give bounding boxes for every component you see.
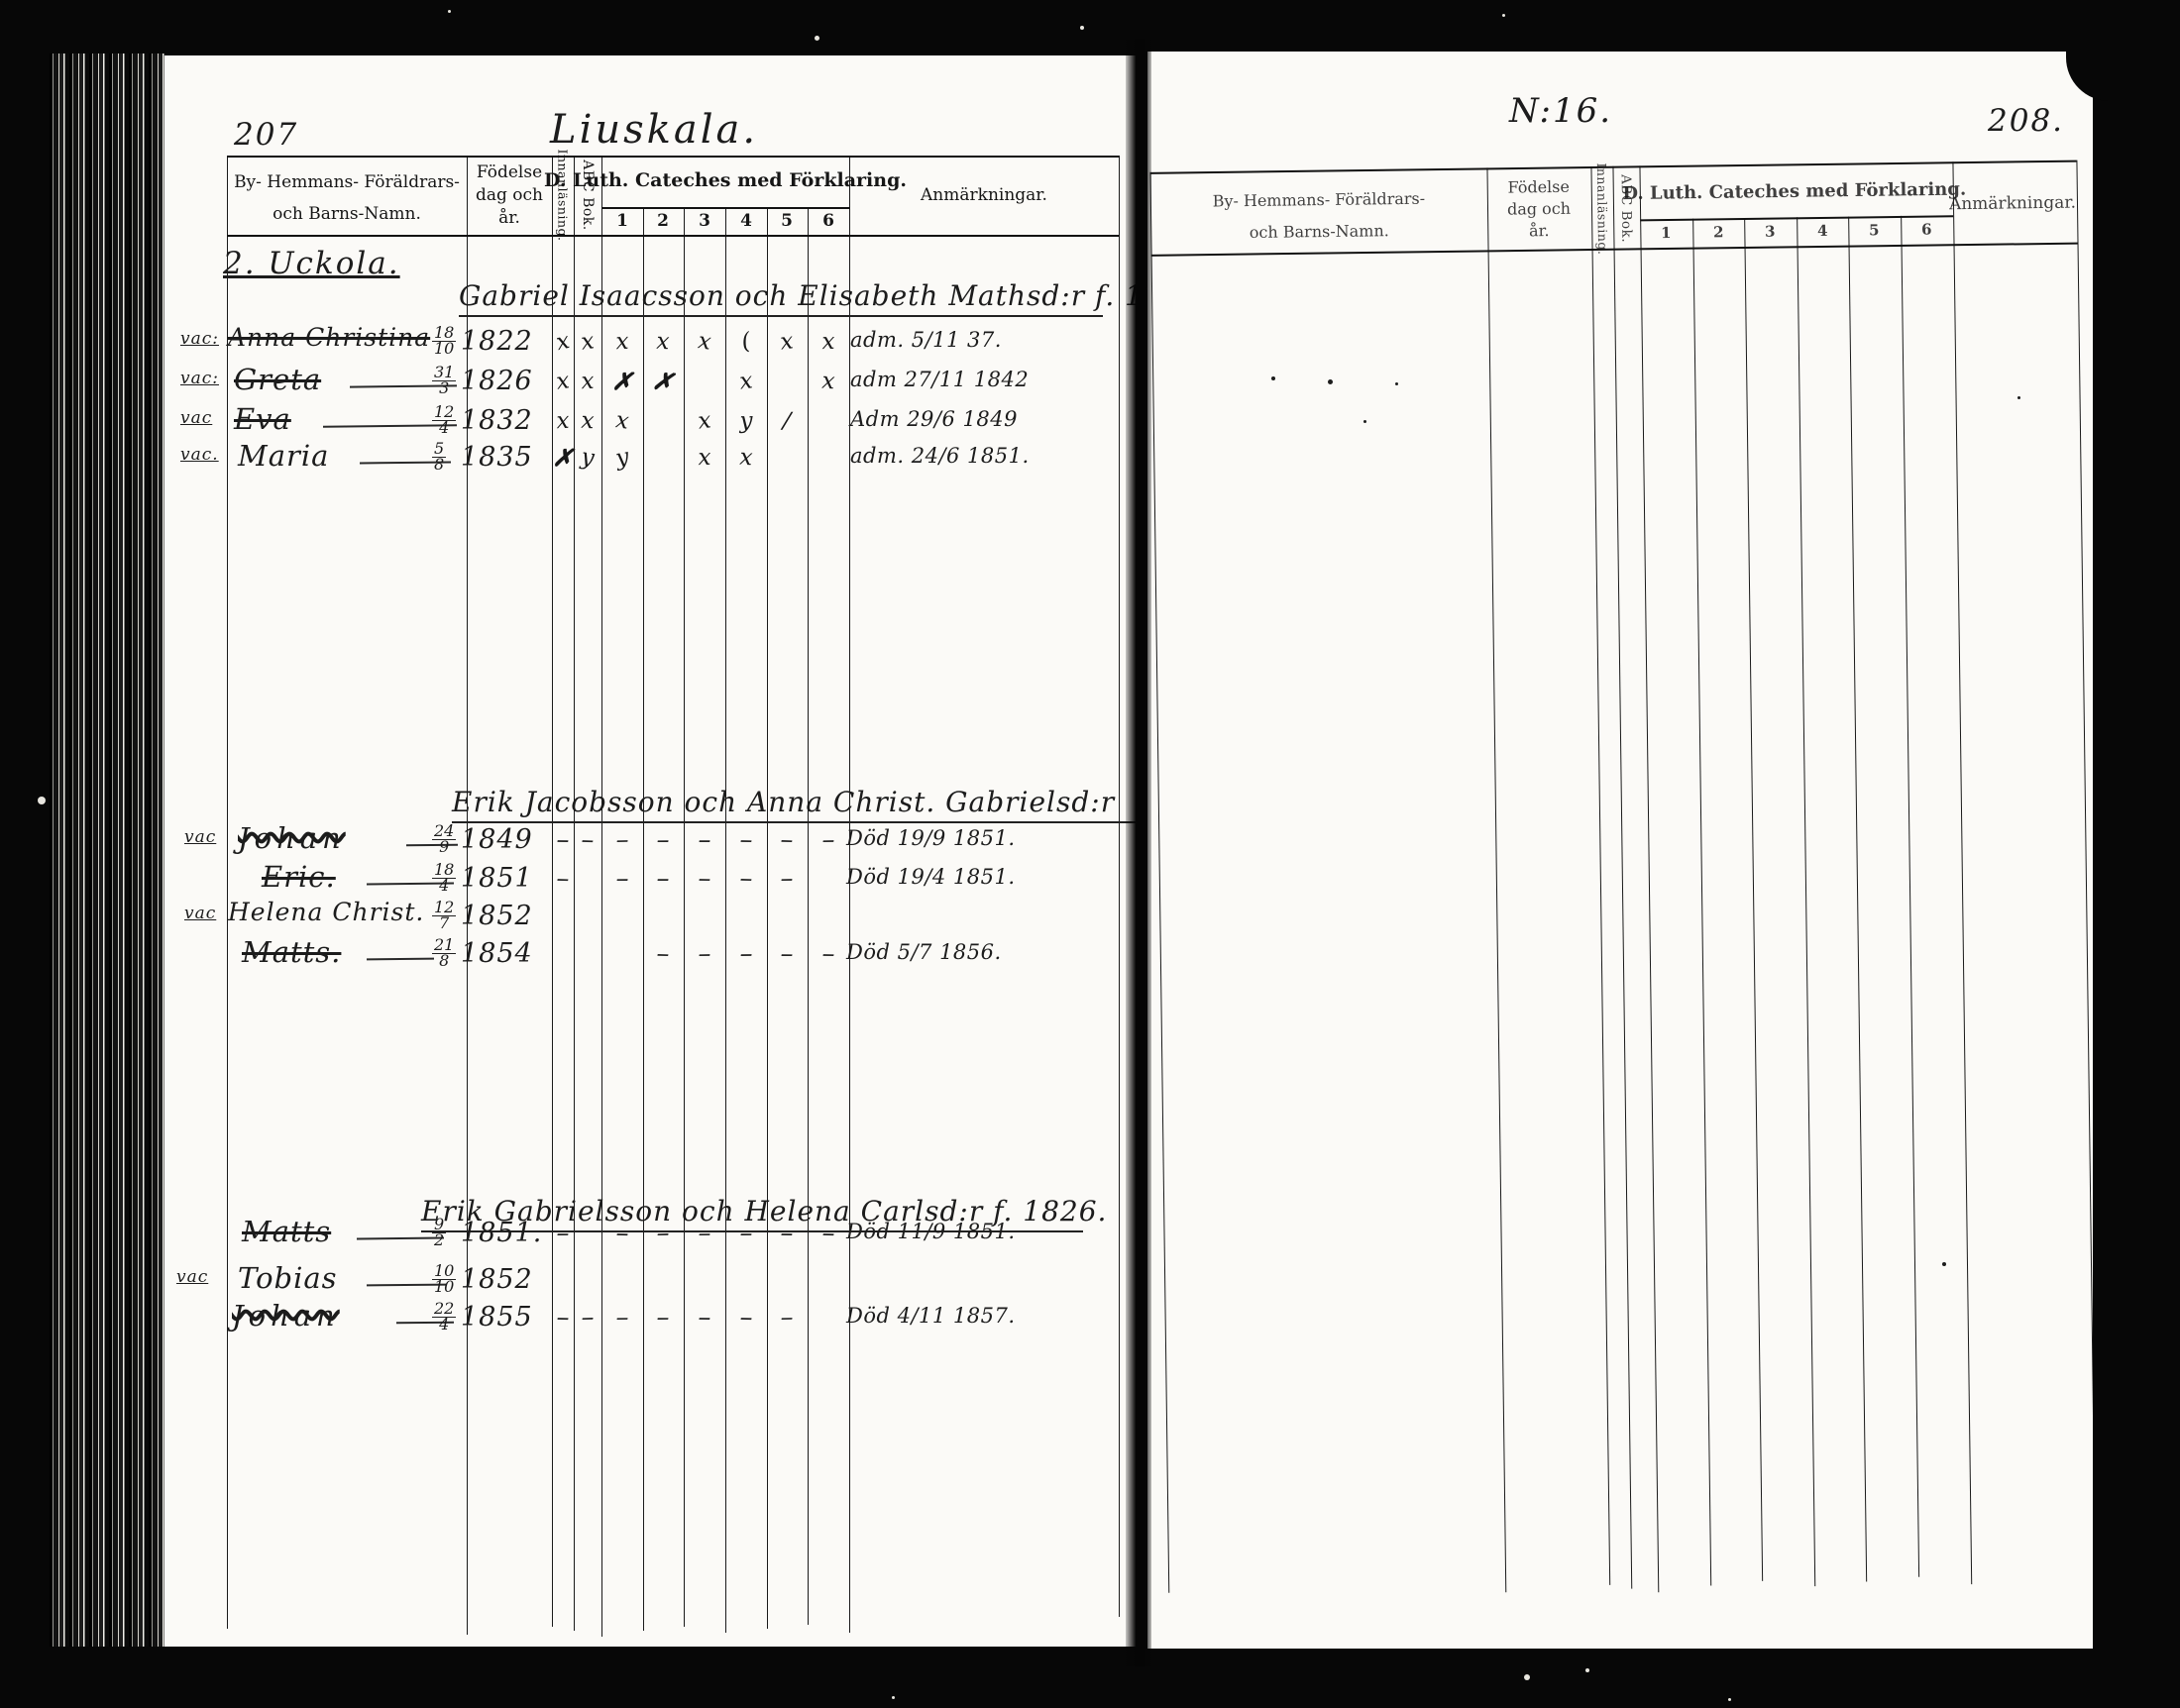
catechism-mark: y [739,408,752,434]
catechism-mark: x [615,329,629,355]
grid-hline [601,207,849,209]
cateches-number: 5 [1869,221,1880,239]
scan-speck [815,36,819,41]
ink-speck [2017,396,2020,399]
cateches-number: 5 [781,211,793,231]
catechism-mark: ✗ [651,366,676,397]
grid-vline [574,156,575,1631]
no-mark-dash: – [780,939,793,969]
scan-speck [448,10,451,13]
birth-month: 4 [439,421,449,435]
no-mark-dash: – [739,1219,752,1248]
remark: adm 27/11 1842 [850,368,1029,391]
grid-vline [1590,166,1610,1585]
section-heading: 2. Uckola. [223,246,400,281]
scan-speck [1524,1674,1530,1680]
remark: adm. 24/6 1851. [850,444,1030,468]
ink-speck [1942,1262,1946,1266]
no-mark-dash: – [821,825,835,855]
birth-month: 7 [439,916,449,930]
no-mark-dash: – [615,864,628,894]
birth-month: 10 [434,342,454,356]
catechism-mark: x [697,407,712,434]
child-name: Tobias [238,1261,338,1295]
no-mark-dash: – [780,1303,794,1333]
remark: Död 11/9 1851. [846,1220,1016,1243]
no-mark-dash: – [615,825,629,855]
column-header-reading: Innanläsning. [1594,162,1610,255]
ink-speck [1395,382,1398,385]
no-mark-dash: – [656,825,669,855]
grid-vline [1797,217,1815,1586]
birth-month: 9 [439,840,449,854]
birth-date-fraction: 58 [432,442,446,472]
cateches-number: 1 [1661,224,1672,242]
birth-year: 1852 [461,1264,533,1295]
table-grid-right [1127,39,2096,52]
scan-speck [1728,1698,1731,1701]
catechism-mark: x [554,328,572,356]
child-name: Johan [238,821,346,855]
no-mark-dash: – [780,825,794,855]
birth-year: 1849 [461,824,533,855]
birth-year: 1851. [461,1218,542,1248]
catechism-mark: x [821,369,836,395]
right-page: N:16. 208. By- Hemmans- Föräldrars- och … [1147,52,2117,1649]
birth-month: 8 [439,954,449,968]
column-header-birth: Födelse [1507,177,1570,197]
birth-year: 1851 [461,863,533,894]
catechism-mark: x [581,369,595,394]
child-name: Eva [234,402,291,436]
grid-vline [767,207,768,1629]
column-header-birth-2: dag och [476,185,543,205]
no-mark-dash: – [698,939,711,969]
catechism-mark: y [580,444,596,472]
grid-vline [1744,218,1763,1581]
remark: Adm 29/6 1849 [850,407,1018,431]
column-header-names-2: och Barns-Namn. [272,204,421,224]
family-parents-text: Gabriel Isaacsson och Elisabeth Mathsd:r… [459,279,1209,312]
scanned-book-spread: 207 Liuskala. By- Hemmans- Föräldrars- o… [0,0,2180,1708]
no-mark-dash: – [698,1303,710,1333]
birth-year: 1855 [461,1302,533,1333]
cateches-number: 3 [1765,223,1776,241]
column-header-cateches: D. Luth. Cateches med Förklaring. [544,169,907,191]
grid-vline [1149,172,1169,1593]
grid-vline [1692,219,1711,1586]
family-parents-text: Erik Jacobsson och Anna Christ. Gabriels… [452,786,1115,818]
scan-speck [38,797,46,804]
no-mark-dash: – [821,1219,835,1248]
birth-date-fraction: 124 [432,405,456,435]
no-mark-dash: – [656,864,669,894]
column-header-names-2: och Barns-Namn. [1250,221,1389,242]
catechism-mark: x [698,445,710,471]
no-mark-dash: – [581,825,595,855]
grid-vline [1952,161,1972,1584]
column-header-names: By- Hemmans- Föräldrars- [234,172,460,192]
grid-hline [227,235,1119,237]
grid-vline [1639,165,1659,1592]
column-header-birth-2: dag och [1507,199,1571,219]
no-mark-dash: – [581,1303,595,1333]
page-gutter [1126,40,1151,1666]
book-edge [50,53,164,1647]
scan-speck [1080,26,1084,30]
cateches-number-row: 123456 [1127,39,2096,52]
child-name: Johan [232,1299,340,1333]
column-header-reading: Innanläsning. [556,150,571,242]
grid-vline [1901,216,1919,1577]
birth-date-fraction: 313 [432,366,456,395]
no-mark-dash: – [739,864,753,894]
name-fill-line [357,1237,444,1240]
child-name: Maria [238,439,329,473]
birth-date-fraction: 1810 [432,326,456,356]
birth-month: 3 [439,381,449,395]
child-name: Greta [234,363,321,396]
grid-vline [808,207,809,1625]
remark: Död 4/11 1857. [846,1304,1016,1328]
birth-year: 1852 [461,901,533,931]
no-mark-dash: – [780,1219,793,1248]
birth-date-fraction: 127 [432,901,456,930]
name-fill-line [367,958,434,961]
birth-month: 8 [434,458,444,472]
margin-note: vac: [180,369,219,388]
no-mark-dash: – [698,825,710,855]
grid-vline [684,207,685,1627]
grid-vline [601,156,602,1637]
birth-year: 1835 [461,442,533,473]
cateches-number: 1 [616,211,628,231]
cateches-number: 4 [1817,222,1828,240]
right-page-edge-shadow [2093,0,2180,1708]
corner-shadow [2066,36,2180,101]
catechism-mark: x [739,445,754,472]
cateches-number: 3 [699,211,710,231]
left-page: 207 Liuskala. By- Hemmans- Föräldrars- o… [67,55,1138,1647]
no-mark-dash: – [615,1219,629,1248]
no-mark-dash: – [656,1219,670,1248]
child-name: Eric. [262,860,336,894]
ink-speck [1271,376,1275,380]
birth-date-fraction: 184 [432,863,456,893]
catechism-mark: x [656,329,670,356]
column-header-remarks: Anmärkningar. [921,185,1047,205]
no-mark-dash: – [656,1303,669,1333]
grid-vline [725,207,726,1633]
cateches-number: 4 [740,211,752,231]
catechism-mark: x [555,368,571,394]
catechism-mark: ✗ [552,443,574,473]
child-name: Matts. [242,935,341,969]
no-mark-dash: – [698,1219,710,1248]
grid-vline [1119,156,1120,1617]
no-mark-dash: – [821,939,835,969]
birth-month: 4 [439,879,449,893]
remark: Död 5/7 1856. [846,940,1002,964]
grid-vline [643,207,644,1631]
catechism-mark: ( [739,328,753,355]
catechism-mark: y [613,444,631,472]
birth-year: 1826 [461,366,533,396]
no-mark-dash: – [556,1303,570,1333]
birth-month: 4 [439,1318,449,1332]
birth-date-fraction: 1010 [432,1264,456,1294]
grid-vline [552,156,553,1627]
no-mark-dash: – [615,1303,628,1333]
catechism-mark: x [581,408,595,435]
cateches-number: 6 [822,211,834,231]
catechism-mark: x [738,368,754,394]
parish-title: Liuskala. [550,107,758,153]
catechism-mark: x [614,407,630,435]
birth-month: 2 [434,1233,444,1247]
no-mark-dash: – [780,864,794,894]
margin-note: vac. [180,445,219,465]
grid-vline [1848,217,1867,1582]
no-mark-dash: – [739,939,752,969]
scan-speck [1502,14,1505,17]
grid-vline [1486,167,1506,1592]
no-mark-dash: – [556,825,569,855]
birth-year: 1854 [461,938,533,969]
column-header-remarks: Anmärkningar. [1949,193,2076,215]
no-mark-dash: – [739,825,752,855]
ink-speck [1363,420,1366,423]
cateches-number: 2 [657,211,669,231]
catechism-mark: x [580,328,596,355]
family-header: Gabriel Isaacsson och Elisabeth Mathsd:r… [459,279,1103,317]
birth-date-fraction: 224 [432,1302,456,1332]
catechism-mark: x [556,408,570,434]
record-table-right: By- Hemmans- Föräldrars- och Barns-Namn.… [1127,39,2117,1649]
birth-date-fraction: 218 [432,938,456,968]
grid-vline [1612,166,1632,1589]
birth-year: 1832 [461,405,533,436]
scan-speck [1585,1668,1589,1672]
margin-note: vac [180,408,212,428]
margin-note: vac [184,904,216,923]
child-name: Matts [242,1215,331,1248]
catechism-mark: ✗ [611,367,633,396]
margin-note: vac [176,1267,208,1287]
no-mark-dash: – [556,1219,569,1248]
grid-vline [227,156,228,1629]
catechism-mark: x [821,329,834,355]
birth-date-fraction: 249 [432,824,456,854]
remark: Död 19/4 1851. [846,865,1016,889]
grid-hline [227,156,1119,158]
no-mark-dash: – [698,864,710,894]
ink-speck [1328,379,1333,384]
no-mark-dash: – [656,939,670,969]
column-header-birth-3: år. [498,208,520,228]
birth-year: 1822 [461,326,533,357]
remark: Död 19/9 1851. [846,826,1016,850]
birth-date-fraction: 92 [432,1218,446,1247]
catechism-mark: x [697,328,712,356]
catechism-mark: x [779,328,795,355]
cateches-number: 2 [1713,223,1724,241]
child-name: Anna Christina [228,323,430,352]
scan-speck [892,1696,895,1699]
no-mark-dash: – [739,1303,753,1333]
margin-note: vac: [180,329,219,349]
page-number-left: 207 [234,117,298,153]
catechism-mark: / [782,408,792,434]
column-header-cateches: D. Luth. Cateches med Förklaring. [1622,179,1966,205]
column-header-names: By- Hemmans- Föräldrars- [1213,189,1426,211]
column-header-birth: Födelse [477,162,542,182]
margin-note: vac [184,827,216,847]
birth-month: 10 [434,1280,454,1294]
remark: adm. 5/11 37. [850,328,1002,352]
family-header: Erik Jacobsson och Anna Christ. Gabriels… [452,786,1136,823]
child-name: Helena Christ. [228,898,424,926]
cateches-number: 6 [1921,221,1932,239]
column-header-birth-3: år. [1529,221,1550,240]
no-mark-dash: – [556,864,570,894]
